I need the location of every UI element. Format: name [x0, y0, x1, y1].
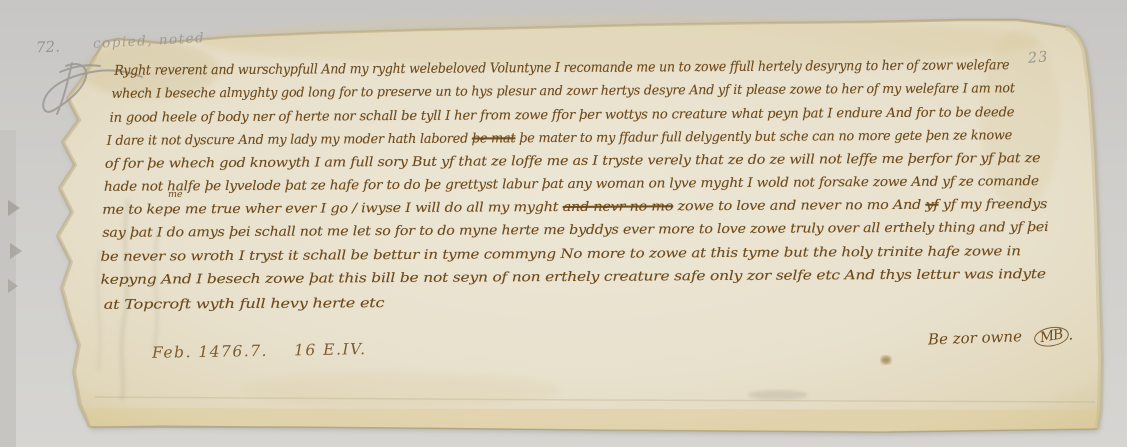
signature-monogram: MB [1032, 324, 1069, 349]
date-annotation-date: Feb. 1476.7. [152, 342, 268, 362]
signature-period: . [1068, 325, 1073, 343]
pencil-page-number: 23 [1027, 49, 1049, 67]
date-annotation: Feb. 1476.7.16 E.IV. [152, 340, 367, 362]
left-page-edge-fragment [0, 130, 22, 447]
paper-bottom-band [85, 408, 1097, 432]
pencil-shelfmark: 72. [36, 37, 61, 56]
paper-sheet-shape [58, 20, 1101, 432]
scanned-document: 72. copied, noted 23 Ryght reverent and … [0, 0, 1127, 447]
date-annotation-regnal-year: 16 E.IV. [294, 340, 367, 359]
interlinear-insert: me [168, 189, 183, 200]
paper-stain [200, 16, 1040, 68]
paper-stain [240, 372, 560, 408]
signature-text: Be zor owne [928, 327, 1023, 348]
ink-blot [881, 356, 891, 364]
manuscript-paper [0, 0, 1127, 447]
smudge-mark [748, 390, 808, 400]
